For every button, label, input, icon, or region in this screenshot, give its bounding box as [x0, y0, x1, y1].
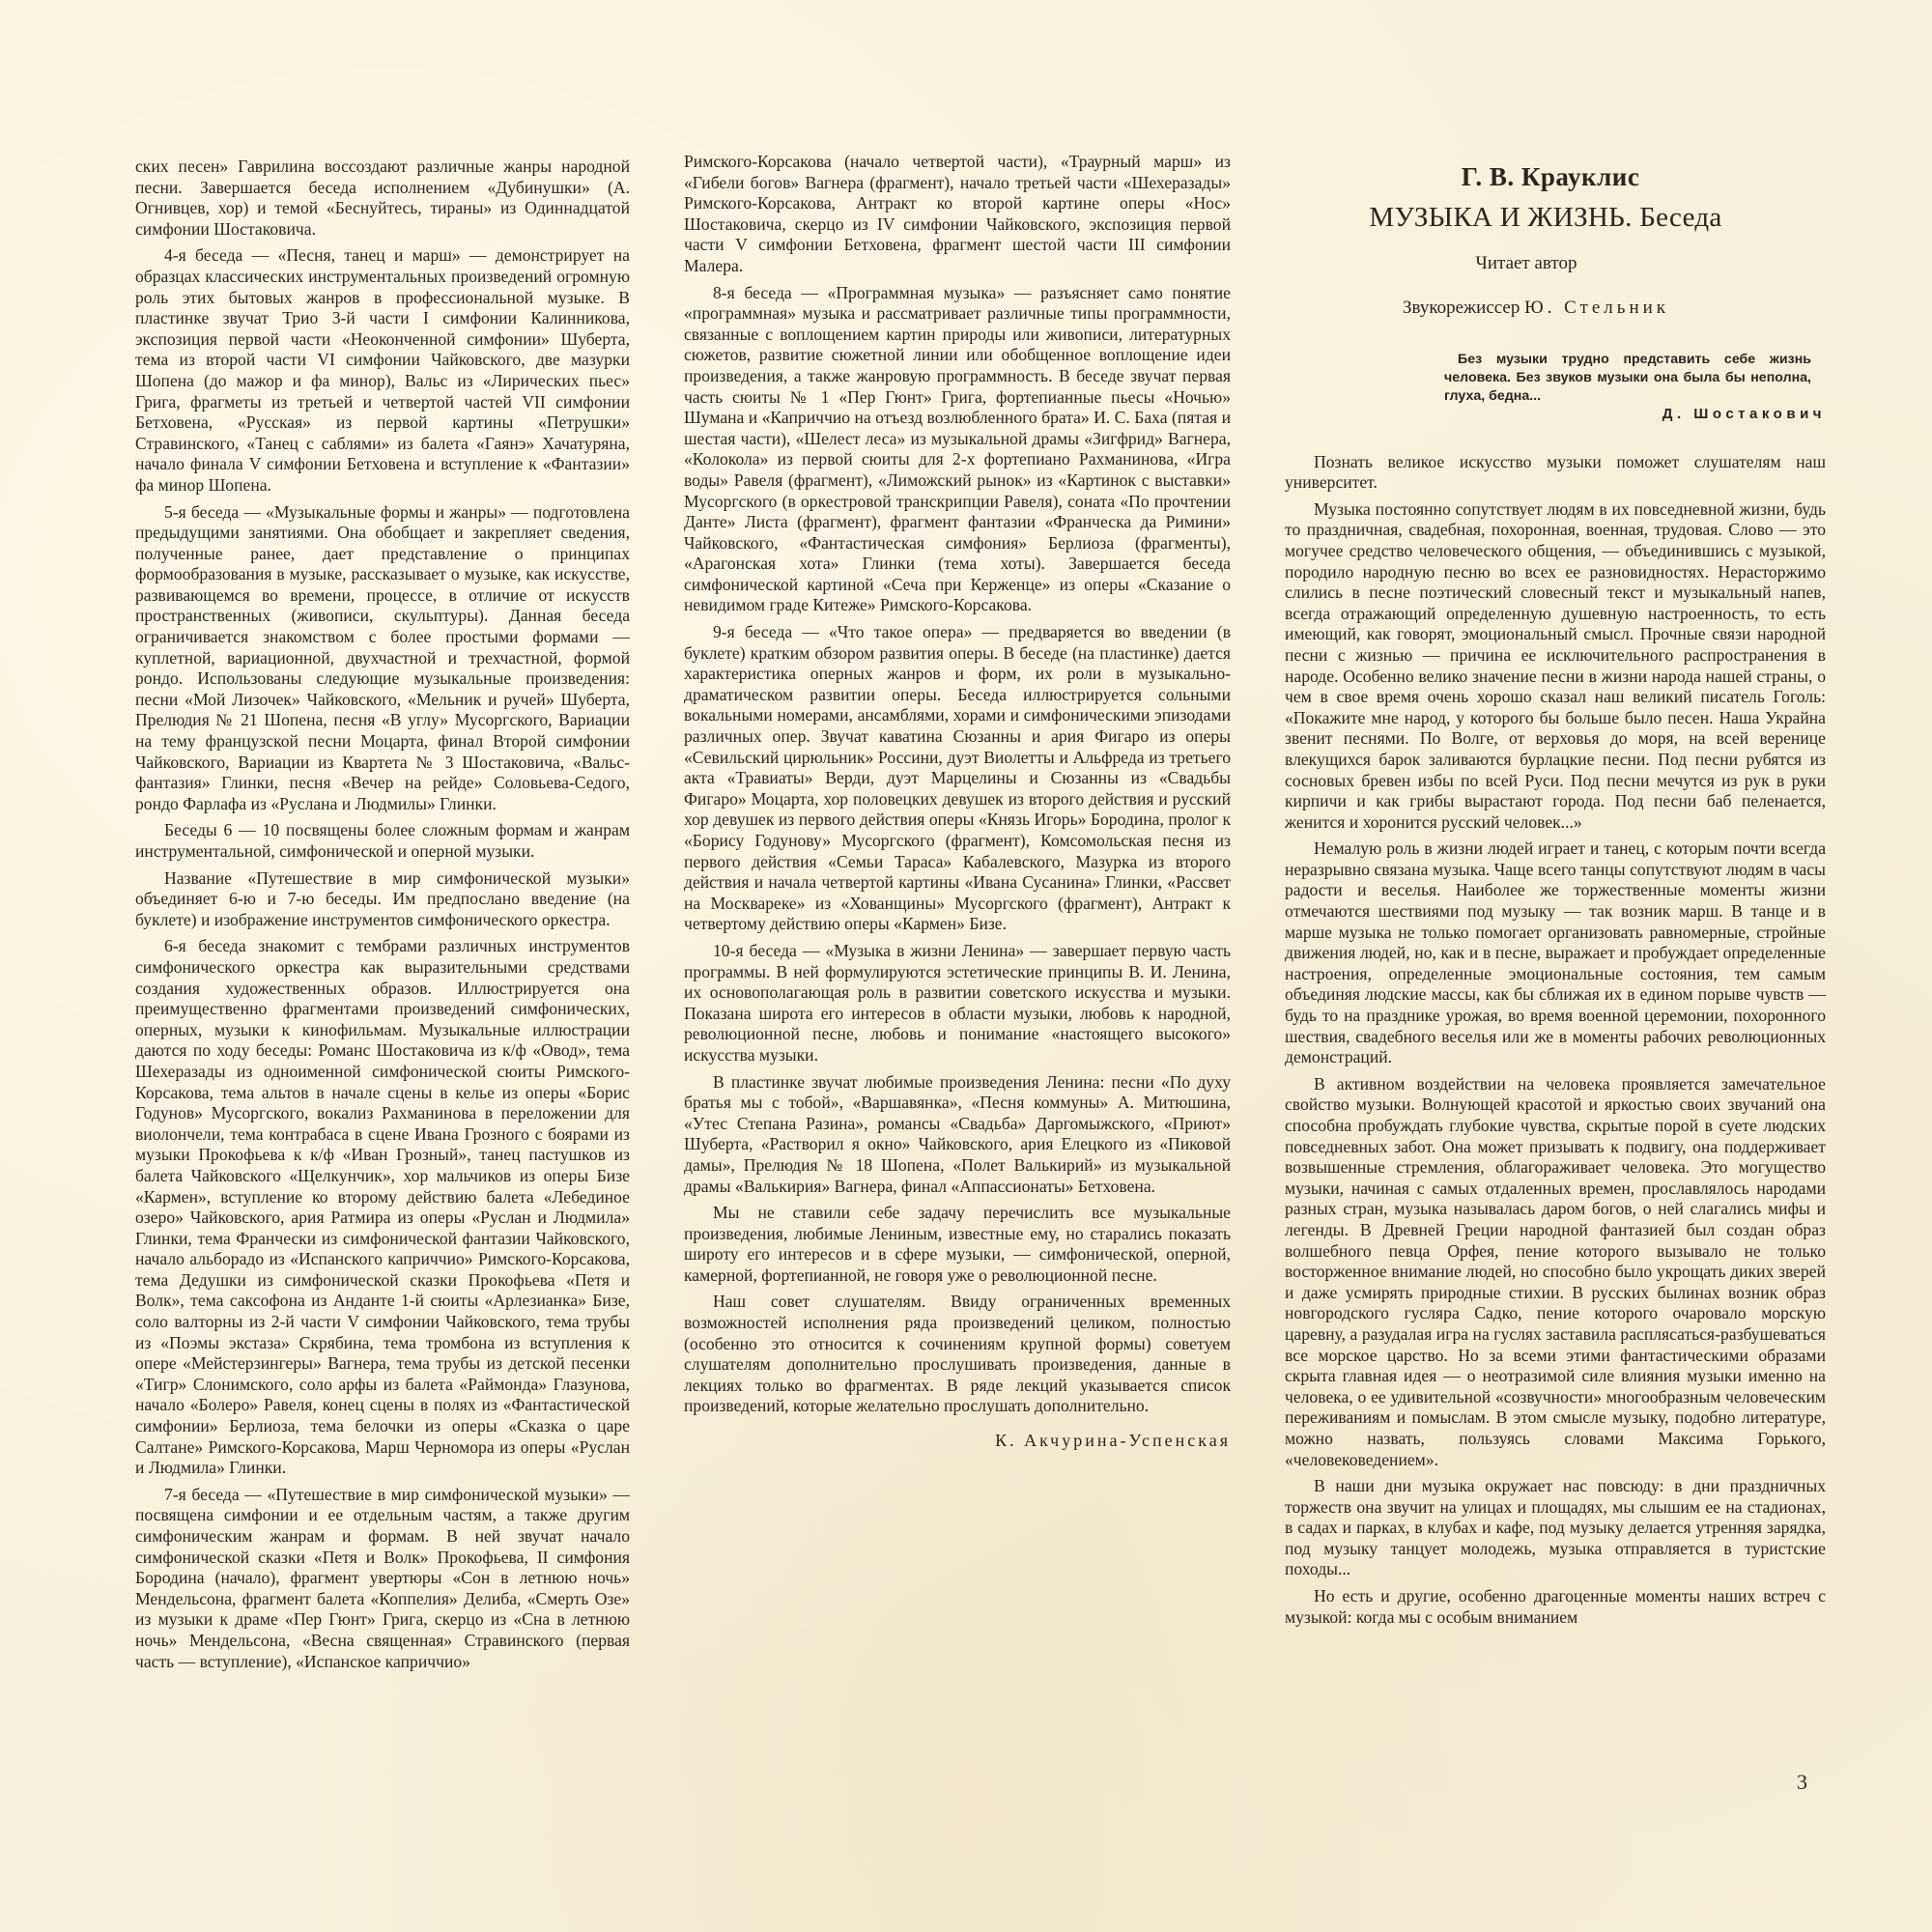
paragraph: Наш совет слушателям. Ввиду ограниченных… — [684, 1292, 1231, 1417]
paragraph: Мы не ставили себе задачу перечислить вс… — [684, 1203, 1231, 1286]
paragraph: Познать великое искусство музыки поможет… — [1285, 452, 1826, 494]
paragraph: Но есть и другие, особенно драгоценные м… — [1285, 1586, 1826, 1628]
article-author: Г. В. Крауклис — [1275, 159, 1826, 194]
paragraph: Музыка постоянно сопутствует людям в их … — [1285, 499, 1826, 834]
column-1: ских песен» Гаврилина воссоздают различн… — [135, 156, 630, 1678]
article-title: МУЗЫКА И ЖИЗНЬ. Беседа — [1265, 198, 1826, 237]
paragraph: Беседы 6 — 10 посвящены более сложным фо… — [135, 820, 630, 862]
sound-engineer-credit: Звукорежиссер Ю. Стельник — [1246, 295, 1826, 322]
column-2: Римского-Корсакова (начало четвертой час… — [684, 152, 1231, 1452]
paragraph: В пластинке звучат любимые произведения … — [684, 1072, 1231, 1198]
paragraph: 8-я беседа — «Программная музыка» — разъ… — [684, 283, 1231, 617]
paragraph: ских песен» Гаврилина воссоздают различн… — [135, 156, 630, 240]
paragraph: В наши дни музыка окружает нас повсюду: … — [1285, 1476, 1826, 1580]
paragraph: 9-я беседа — «Что такое опера» — предвар… — [684, 622, 1231, 935]
reader-credit: Читает автор — [1227, 250, 1826, 277]
engineer-name: Ю. Стельник — [1524, 298, 1669, 318]
paragraph: Название «Путешествие в мир симфоническо… — [135, 868, 630, 931]
epigraph-author: Д. Шостакович — [1285, 404, 1826, 425]
paragraph: 5-я беседа — «Музыкальные формы и жанры»… — [135, 502, 630, 815]
paragraph: 10-я беседа — «Музыка в жизни Ленина» — … — [684, 941, 1231, 1066]
column-3: Г. В. Крауклис МУЗЫКА И ЖИЗНЬ. Беседа Чи… — [1285, 159, 1826, 1634]
paragraph: В активном воздействии на человека прояв… — [1285, 1074, 1826, 1470]
paragraph: 4-я беседа — «Песня, танец и марш» — дем… — [135, 245, 630, 496]
epigraph: Без музыки трудно представить себе жизнь… — [1444, 351, 1811, 406]
document-page: ских песен» Гаврилина воссоздают различн… — [0, 0, 1932, 1932]
paragraph: 7-я беседа — «Путешествие в мир симфонич… — [135, 1485, 630, 1672]
article-header: Г. В. Крауклис МУЗЫКА И ЖИЗНЬ. Беседа Чи… — [1285, 159, 1826, 322]
page-number: 3 — [1797, 1770, 1807, 1795]
paragraph: Римского-Корсакова (начало четвертой час… — [684, 152, 1231, 277]
paragraph: 6-я беседа знакомит с тембрами различных… — [135, 936, 630, 1478]
engineer-label: Звукорежиссер — [1403, 298, 1520, 318]
signature: К. Акчурина-Успенская — [684, 1431, 1231, 1452]
paragraph: Немалую роль в жизни людей играет и тане… — [1285, 838, 1826, 1068]
